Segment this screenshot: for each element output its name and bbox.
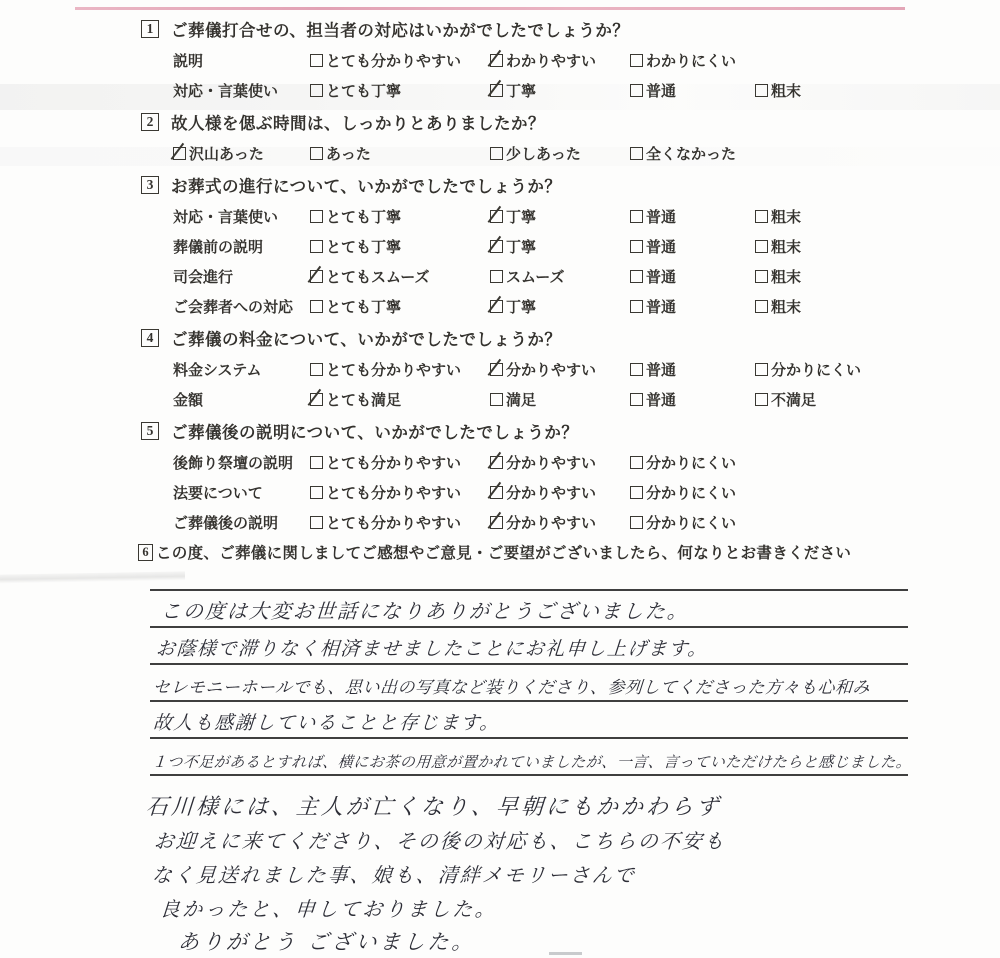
option-label: 全くなかった bbox=[646, 147, 736, 163]
checkbox-checked[interactable] bbox=[490, 210, 503, 223]
question-4: 4ご葬儀の料金について、いかがでしたでしょうか？料金システムとても分かりやすい分… bbox=[0, 325, 1000, 414]
scan-top-edge-line bbox=[75, 7, 905, 10]
checkbox-unchecked[interactable] bbox=[630, 84, 643, 97]
checkbox-unchecked[interactable] bbox=[630, 486, 643, 499]
option-label: 粗末 bbox=[771, 240, 801, 256]
answer-option: 普通 bbox=[630, 389, 755, 410]
row-label: 対応・言葉使い bbox=[173, 206, 310, 227]
checkbox-unchecked[interactable] bbox=[630, 393, 643, 406]
answer-row: 法要についてとても分かりやすい分かりやすい分かりにくい bbox=[173, 477, 1000, 507]
row-label: 後飾り祭壇の説明 bbox=[173, 452, 310, 473]
question-3: 3お葬式の進行について、いかがでしたでしょうか？対応・言葉使いとても丁寧丁寧普通… bbox=[0, 172, 1000, 321]
answer-option: スムーズ bbox=[490, 266, 630, 287]
answer-option: 分かりにくい bbox=[630, 452, 755, 473]
option-label: 丁寧 bbox=[506, 210, 536, 226]
option-label: 分かりやすい bbox=[506, 516, 596, 532]
checkbox-unchecked[interactable] bbox=[630, 516, 643, 529]
checkbox-unchecked[interactable] bbox=[755, 363, 768, 376]
option-label: あった bbox=[326, 147, 371, 163]
answer-option: とても満足 bbox=[310, 389, 490, 410]
handwritten-comment-ruled-area: この度は大変お世話になりありがとうございました。お蔭様で滞りなく相済ませましたこ… bbox=[150, 589, 908, 776]
option-label: とても分かりやすい bbox=[326, 516, 461, 532]
option-label: とてもスムーズ bbox=[326, 270, 430, 286]
checkbox-checked[interactable] bbox=[490, 516, 503, 529]
checkbox-checked[interactable] bbox=[490, 240, 503, 253]
answer-option: 普通 bbox=[630, 206, 755, 227]
option-label: 普通 bbox=[646, 363, 676, 379]
free-writing-line: お迎えに来てくださり、その後の対応も、こちらの不安も bbox=[145, 822, 1000, 856]
answer-option: 不満足 bbox=[755, 389, 1000, 410]
answer-option: 粗末 bbox=[755, 206, 1000, 227]
answer-option: 丁寧 bbox=[490, 80, 630, 101]
answer-option: 分かりにくい bbox=[630, 482, 755, 503]
option-label: 分かりにくい bbox=[646, 486, 736, 502]
option-label: 丁寧 bbox=[506, 84, 536, 100]
checkbox-unchecked[interactable] bbox=[490, 147, 503, 160]
checkbox-checked[interactable] bbox=[490, 486, 503, 499]
checkbox-unchecked[interactable] bbox=[310, 516, 323, 529]
answer-row: ご会葬者への対応とても丁寧丁寧普通粗末 bbox=[173, 291, 1000, 321]
question-title: ご葬儀後の説明について、いかがでしたでしょうか？ bbox=[171, 419, 578, 443]
checkbox-checked[interactable] bbox=[173, 147, 186, 160]
answer-option: 分かりやすい bbox=[490, 359, 630, 380]
checkbox-unchecked[interactable] bbox=[490, 270, 503, 283]
option-label: 分かりやすい bbox=[506, 486, 596, 502]
checkbox-unchecked[interactable] bbox=[755, 300, 768, 313]
question-2: 2故人様を偲ぶ時間は、しっかりとありましたか？沢山あったあった少しあった全くなか… bbox=[0, 109, 1000, 168]
option-label: わかりやすい bbox=[506, 54, 596, 70]
option-label: 普通 bbox=[646, 300, 676, 316]
row-label: 金額 bbox=[173, 389, 310, 410]
checkbox-checked[interactable] bbox=[490, 300, 503, 313]
handwritten-text: セレモニーホールでも、思い出の写真など装りくださり、参列してくださった方々も心和… bbox=[150, 673, 871, 700]
comment-prompt-text: この度、ご葬儀に関しましてご感想やご意見・ご要望がございましたら、何なりとお書き… bbox=[156, 541, 851, 563]
answer-option: 丁寧 bbox=[490, 206, 630, 227]
answer-option: 全くなかった bbox=[630, 143, 755, 164]
checkbox-unchecked[interactable] bbox=[630, 210, 643, 223]
checkbox-checked[interactable] bbox=[490, 363, 503, 376]
answer-row: 対応・言葉使いとても丁寧丁寧普通粗末 bbox=[173, 201, 1000, 231]
answer-option: 粗末 bbox=[755, 236, 1000, 257]
scanned-questionnaire-page: 1ご葬儀打合せの、担当者の対応はいかがでしたでしょうか？説明とても分かりやすいわ… bbox=[0, 0, 1000, 958]
answer-row: 対応・言葉使いとても丁寧丁寧普通粗末 bbox=[173, 75, 1000, 105]
answer-row: 説明とても分かりやすいわかりやすいわかりにくい bbox=[173, 45, 1000, 75]
answer-option: 粗末 bbox=[755, 80, 1000, 101]
option-label: とても分かりやすい bbox=[326, 486, 461, 502]
checkbox-unchecked[interactable] bbox=[310, 210, 323, 223]
question-title: 故人様を偲ぶ時間は、しっかりとありましたか？ bbox=[171, 110, 545, 134]
question-title-row: 3お葬式の進行について、いかがでしたでしょうか？ bbox=[141, 172, 1000, 198]
option-label: 分かりやすい bbox=[506, 456, 596, 472]
ruled-writing-line: お蔭様で滞りなく相済ませましたことにお礼申し上げます。 bbox=[150, 628, 908, 665]
answer-option: 普通 bbox=[630, 359, 755, 380]
checkbox-unchecked[interactable] bbox=[630, 300, 643, 313]
option-label: とても丁寧 bbox=[326, 210, 401, 226]
handwritten-text: １つ不足があるとすれば、横にお茶の用意が置かれていましたが、一言、言っていただけ… bbox=[150, 751, 912, 774]
option-label: 不満足 bbox=[771, 393, 816, 409]
option-label: 分かりやすい bbox=[506, 363, 596, 379]
answer-row: 後飾り祭壇の説明とても分かりやすい分かりやすい分かりにくい bbox=[173, 447, 1000, 477]
option-label: わかりにくい bbox=[646, 54, 736, 70]
checkbox-unchecked[interactable] bbox=[630, 456, 643, 469]
option-label: とても分かりやすい bbox=[326, 363, 461, 379]
question-title-row: 2故人様を偲ぶ時間は、しっかりとありましたか？ bbox=[141, 109, 1000, 135]
answer-option: とても分かりやすい bbox=[310, 50, 490, 71]
question-title-row: 5ご葬儀後の説明について、いかがでしたでしょうか？ bbox=[141, 418, 1000, 444]
option-label: とても丁寧 bbox=[326, 240, 401, 256]
row-label: ご葬儀後の説明 bbox=[173, 512, 310, 533]
handwritten-text: ありがとう ございました。 bbox=[145, 926, 477, 956]
checkbox-unchecked[interactable] bbox=[310, 486, 323, 499]
checkbox-unchecked[interactable] bbox=[630, 54, 643, 67]
answer-option: 普通 bbox=[630, 80, 755, 101]
answer-option: 分かりやすい bbox=[490, 452, 630, 473]
option-label: 分かりにくい bbox=[646, 456, 736, 472]
checkbox-unchecked[interactable] bbox=[755, 210, 768, 223]
handwritten-text: 良かったと、申しておりました。 bbox=[145, 893, 499, 922]
option-label: 普通 bbox=[646, 240, 676, 256]
question-number: 4 bbox=[141, 329, 159, 347]
checkbox-checked[interactable] bbox=[310, 393, 323, 406]
row-label: 葬儀前の説明 bbox=[173, 236, 310, 257]
checkbox-unchecked[interactable] bbox=[310, 300, 323, 313]
answer-option: 沢山あった bbox=[173, 143, 310, 164]
answer-row: 金額とても満足満足普通不満足 bbox=[173, 384, 1000, 414]
answer-option: とても丁寧 bbox=[310, 296, 490, 317]
answer-row: 葬儀前の説明とても丁寧丁寧普通粗末 bbox=[173, 231, 1000, 261]
answer-row: 司会進行とてもスムーズスムーズ普通粗末 bbox=[173, 261, 1000, 291]
option-label: 粗末 bbox=[771, 270, 801, 286]
answer-option: とても分かりやすい bbox=[310, 512, 490, 533]
checkbox-checked[interactable] bbox=[310, 270, 323, 283]
question-title: お葬式の進行について、いかがでしたでしょうか？ bbox=[171, 173, 561, 197]
checkbox-checked[interactable] bbox=[490, 84, 503, 97]
checkbox-unchecked[interactable] bbox=[310, 84, 323, 97]
ruled-writing-line: １つ不足があるとすれば、横にお茶の用意が置かれていましたが、一言、言っていただけ… bbox=[150, 739, 908, 776]
option-label: 普通 bbox=[646, 270, 676, 286]
checkbox-unchecked[interactable] bbox=[630, 270, 643, 283]
answer-option: 分かりやすい bbox=[490, 482, 630, 503]
ruled-writing-line: 故人も感謝していることと存じます。 bbox=[150, 702, 908, 739]
option-label: 粗末 bbox=[771, 210, 801, 226]
option-label: 沢山あった bbox=[189, 147, 264, 163]
handwritten-text: 石川様には、主人が亡くなり、早朝にもかかわらず bbox=[145, 790, 722, 821]
row-label: 対応・言葉使い bbox=[173, 80, 310, 101]
row-label: 説明 bbox=[173, 50, 310, 71]
free-writing-line: 石川様には、主人が亡くなり、早朝にもかかわらず bbox=[145, 788, 1000, 822]
answer-option: 普通 bbox=[630, 266, 755, 287]
handwritten-text: 故人も感謝していることと存じます。 bbox=[150, 708, 501, 737]
checkbox-unchecked[interactable] bbox=[310, 456, 323, 469]
question-title-row: 4ご葬儀の料金について、いかがでしたでしょうか？ bbox=[141, 325, 1000, 351]
ruled-writing-line: セレモニーホールでも、思い出の写真など装りくださり、参列してくださった方々も心和… bbox=[150, 665, 908, 702]
checkbox-unchecked[interactable] bbox=[755, 270, 768, 283]
option-label: とても分かりやすい bbox=[326, 456, 461, 472]
option-label: 丁寧 bbox=[506, 240, 536, 256]
checkbox-unchecked[interactable] bbox=[310, 240, 323, 253]
checkbox-checked[interactable] bbox=[490, 456, 503, 469]
question-number: 1 bbox=[141, 20, 159, 38]
answer-option: 粗末 bbox=[755, 296, 1000, 317]
checkbox-checked[interactable] bbox=[490, 54, 503, 67]
option-label: 普通 bbox=[646, 393, 676, 409]
free-writing-line: なく見送れました事、娘も、清絆メモリーさんで bbox=[145, 856, 1000, 890]
question-title-row: 1ご葬儀打合せの、担当者の対応はいかがでしたでしょうか？ bbox=[141, 16, 1000, 42]
free-writing-line: ありがとう ございました。 bbox=[145, 924, 1000, 958]
question-1: 1ご葬儀打合せの、担当者の対応はいかがでしたでしょうか？説明とても分かりやすいわ… bbox=[0, 16, 1000, 105]
option-label: 普通 bbox=[646, 210, 676, 226]
answer-option: 分かりやすい bbox=[490, 512, 630, 533]
answer-option: 分かりにくい bbox=[630, 512, 755, 533]
comment-prompt: 6 この度、ご葬儀に関しましてご感想やご意見・ご要望がございましたら、何なりとお… bbox=[0, 541, 1000, 563]
row-label: 料金システム bbox=[173, 359, 310, 380]
answer-option: とても丁寧 bbox=[310, 206, 490, 227]
option-label: 分かりにくい bbox=[771, 363, 861, 379]
question-title: ご葬儀の料金について、いかがでしたでしょうか？ bbox=[171, 326, 561, 350]
checkbox-unchecked[interactable] bbox=[755, 240, 768, 253]
question-number: 6 bbox=[138, 544, 153, 561]
checkbox-unchecked[interactable] bbox=[630, 147, 643, 160]
row-label: ご会葬者への対応 bbox=[173, 296, 310, 317]
checkbox-unchecked[interactable] bbox=[630, 363, 643, 376]
checkbox-unchecked[interactable] bbox=[630, 240, 643, 253]
answer-option: とても分かりやすい bbox=[310, 359, 490, 380]
answer-option: とても丁寧 bbox=[310, 236, 490, 257]
answer-option: わかりにくい bbox=[630, 50, 755, 71]
answer-option: とても分かりやすい bbox=[310, 482, 490, 503]
option-label: 普通 bbox=[646, 84, 676, 100]
answer-option: 普通 bbox=[630, 236, 755, 257]
option-label: とても丁寧 bbox=[326, 300, 401, 316]
answer-option: 少しあった bbox=[490, 143, 630, 164]
question-number: 2 bbox=[141, 113, 159, 131]
option-label: 粗末 bbox=[771, 300, 801, 316]
question-number: 5 bbox=[141, 422, 159, 440]
checkbox-unchecked[interactable] bbox=[310, 54, 323, 67]
option-label: 分かりにくい bbox=[646, 516, 736, 532]
answer-option: あった bbox=[310, 143, 490, 164]
form-content: 1ご葬儀打合せの、担当者の対応はいかがでしたでしょうか？説明とても分かりやすいわ… bbox=[0, 16, 1000, 958]
answer-option: 分かりにくい bbox=[755, 359, 1000, 380]
question-number: 3 bbox=[141, 176, 159, 194]
answer-row: 料金システムとても分かりやすい分かりやすい普通分かりにくい bbox=[173, 354, 1000, 384]
answer-option: 丁寧 bbox=[490, 236, 630, 257]
question-5: 5ご葬儀後の説明について、いかがでしたでしょうか？後飾り祭壇の説明とても分かりや… bbox=[0, 418, 1000, 537]
answer-option: 普通 bbox=[630, 296, 755, 317]
checkbox-unchecked[interactable] bbox=[310, 147, 323, 160]
row-label: 司会進行 bbox=[173, 266, 310, 287]
option-label: 少しあった bbox=[506, 147, 581, 163]
option-label: とても分かりやすい bbox=[326, 54, 461, 70]
answer-option: とても分かりやすい bbox=[310, 452, 490, 473]
handwritten-text: なく見送れました事、娘も、清絆メモリーさんで bbox=[145, 859, 637, 888]
answer-option: とてもスムーズ bbox=[310, 266, 490, 287]
option-label: とても丁寧 bbox=[326, 84, 401, 100]
ruled-writing-line: この度は大変お世話になりありがとうございました。 bbox=[150, 591, 908, 628]
handwritten-comment-free-area: 石川様には、主人が亡くなり、早朝にもかかわらずお迎えに来てくださり、その後の対応… bbox=[145, 788, 1000, 958]
handwritten-text: この度は大変お世話になりありがとうございました。 bbox=[150, 595, 690, 626]
row-label: 法要について bbox=[173, 482, 310, 503]
answer-option: とても丁寧 bbox=[310, 80, 490, 101]
answer-option: 粗末 bbox=[755, 266, 1000, 287]
answer-row: ご葬儀後の説明とても分かりやすい分かりやすい分かりにくい bbox=[173, 507, 1000, 537]
questions-area: 1ご葬儀打合せの、担当者の対応はいかがでしたでしょうか？説明とても分かりやすいわ… bbox=[0, 16, 1000, 537]
handwritten-text: お蔭様で滞りなく相済ませましたことにお礼申し上げます。 bbox=[150, 634, 709, 663]
checkbox-unchecked[interactable] bbox=[310, 363, 323, 376]
option-label: とても満足 bbox=[326, 393, 401, 409]
answer-option: 満足 bbox=[490, 389, 630, 410]
answer-row: 沢山あったあった少しあった全くなかった bbox=[173, 138, 1000, 168]
option-label: 丁寧 bbox=[506, 300, 536, 316]
checkbox-unchecked[interactable] bbox=[490, 393, 503, 406]
option-label: 粗末 bbox=[771, 84, 801, 100]
option-label: スムーズ bbox=[506, 270, 565, 286]
free-writing-line: 良かったと、申しておりました。 bbox=[145, 890, 1000, 924]
answer-option: わかりやすい bbox=[490, 50, 630, 71]
answer-option: 丁寧 bbox=[490, 296, 630, 317]
checkbox-unchecked[interactable] bbox=[755, 84, 768, 97]
checkbox-unchecked[interactable] bbox=[755, 393, 768, 406]
question-title: ご葬儀打合せの、担当者の対応はいかがでしたでしょうか？ bbox=[171, 17, 629, 41]
option-label: 満足 bbox=[506, 393, 536, 409]
handwritten-text: お迎えに来てくださり、その後の対応も、こちらの不安も bbox=[145, 825, 727, 854]
